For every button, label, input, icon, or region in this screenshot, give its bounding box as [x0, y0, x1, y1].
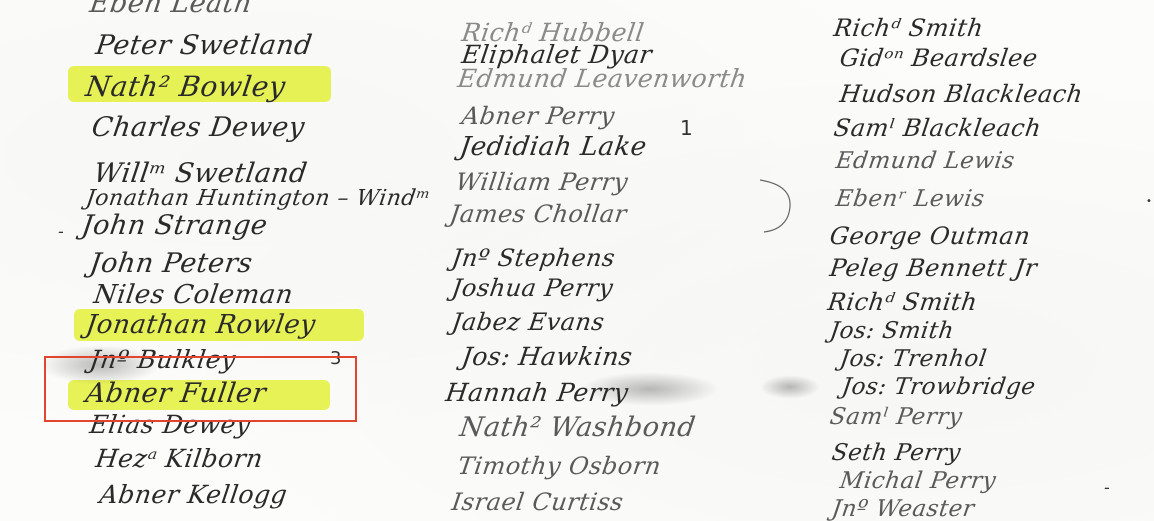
name-entry: Timothy Osborn	[456, 452, 663, 480]
name-entry: Charles Dewey	[90, 112, 307, 143]
ink-smudge	[760, 375, 820, 399]
name-entry: Samˡ Perry	[828, 404, 964, 430]
pen-stroke-curve	[758, 176, 818, 236]
ink-dot: •	[1146, 196, 1152, 207]
name-entry-highlighted: Nath² Bowley	[84, 70, 288, 103]
name-entry: William Perry	[454, 168, 630, 196]
name-entry: Hannah Perry	[444, 378, 630, 407]
name-entry: James Chollar	[448, 200, 629, 228]
name-entry: Richᵈ Smith	[826, 288, 979, 316]
name-entry: Willᵐ Swetland	[92, 158, 310, 189]
name-entry: Israel Curtiss	[450, 488, 625, 516]
name-entry: Edmund Lewis	[834, 148, 1016, 174]
name-entry: Michal Perry	[838, 468, 998, 494]
name-entry: Jos: Hawkins	[460, 342, 635, 371]
name-entry: Jnº Weaster	[830, 496, 976, 521]
name-entry: Samˡ Blackleach	[832, 114, 1043, 142]
name-entry: Eben Leath	[88, 0, 255, 19]
name-entry: Peter Swetland	[94, 30, 314, 61]
scanned-document-page: Eben Leath Peter Swetland Nath² Bowley C…	[0, 0, 1154, 521]
name-entry: Hudson Blackleach	[838, 80, 1085, 108]
annotation-box-abner-fuller	[44, 356, 357, 422]
ink-dash: -	[1104, 478, 1110, 497]
name-entry: Jos: Trenhol	[838, 346, 988, 372]
name-entry: Jabez Evans	[450, 308, 606, 336]
name-entry: Ebenʳ Lewis	[834, 186, 986, 212]
name-entry: Gidᵒⁿ Beardslee	[838, 44, 1040, 72]
name-entry: Jonathan Huntington – Windᵐ	[84, 186, 432, 211]
margin-mark: 1	[680, 116, 693, 140]
name-entry-highlighted: Jonathan Rowley	[84, 310, 318, 340]
name-entry: John Strange	[80, 210, 270, 241]
name-entry: Jos: Smith	[828, 318, 956, 344]
name-entry: Seth Perry	[830, 440, 962, 466]
name-entry: Hezᵃ Kilborn	[94, 444, 265, 473]
name-entry: Abner Perry	[460, 102, 617, 130]
name-entry: Jos: Trowbridge	[840, 374, 1037, 400]
name-entry: John Peters	[88, 248, 255, 279]
name-entry: Niles Coleman	[92, 280, 295, 310]
name-entry: Edmund Leavenworth	[456, 64, 749, 93]
name-entry: Nath² Washbond	[458, 412, 698, 443]
ink-dash: -	[58, 222, 64, 241]
name-entry: Richᵈ Smith	[832, 14, 985, 42]
name-entry: Jnº Stephens	[450, 244, 617, 272]
name-entry: Abner Kellogg	[98, 480, 289, 509]
name-entry: George Outman	[828, 222, 1032, 250]
name-entry: Peleg Bennett Jr	[828, 254, 1039, 282]
name-entry: Joshua Perry	[450, 274, 615, 302]
name-entry: Jedidiah Lake	[458, 132, 649, 162]
